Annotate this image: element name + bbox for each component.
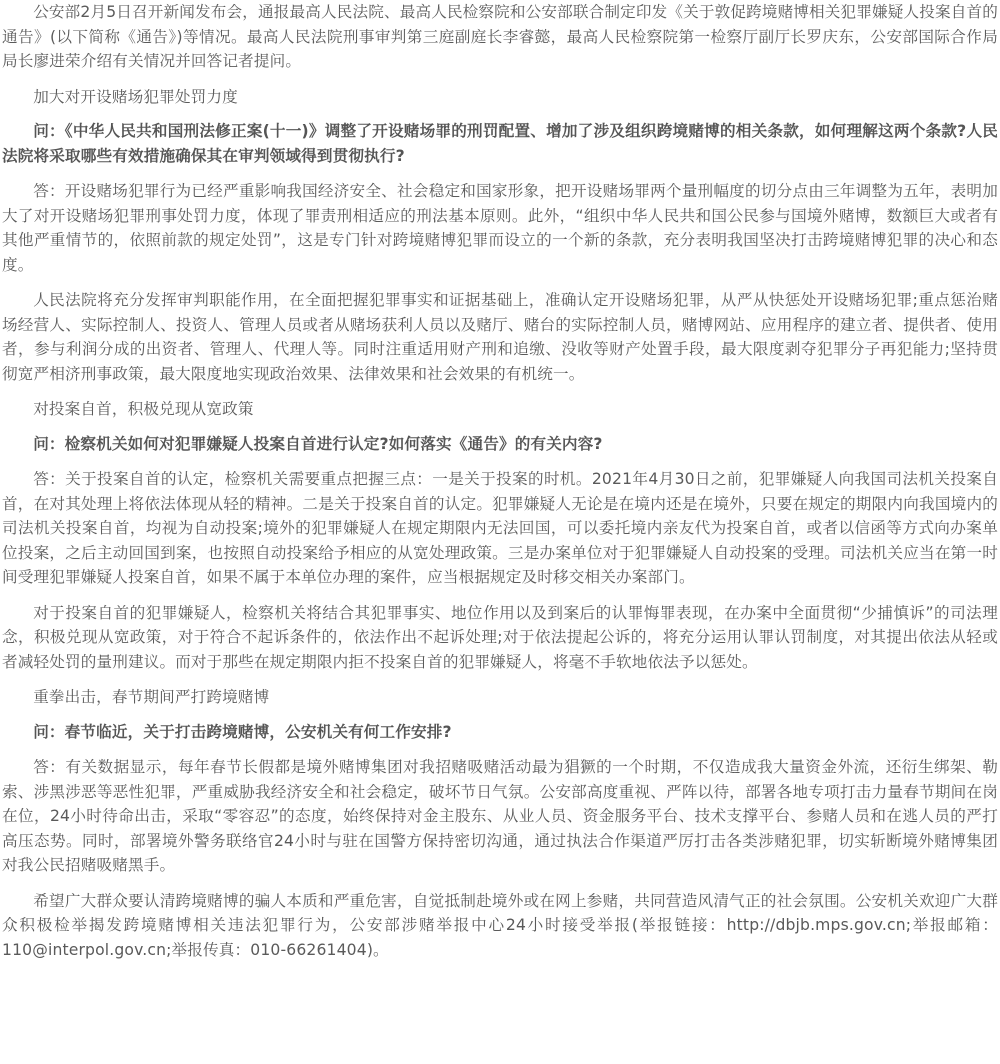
- answer-paragraph: 答：开设赌场犯罪行为已经严重影响我国经济安全、社会稳定和国家形象，把开设赌场罪两…: [2, 179, 998, 277]
- answer-paragraph: 人民法院将充分发挥审判职能作用，在全面把握犯罪事实和证据基础上，准确认定开设赌场…: [2, 288, 998, 386]
- section-heading: 对投案自首，积极兑现从宽政策: [2, 397, 998, 422]
- closing-paragraph: 希望广大群众要认清跨境赌博的骗人本质和严重危害，自觉抵制赴境外或在网上参赌，共同…: [2, 889, 998, 963]
- section-surrender-leniency: 对投案自首，积极兑现从宽政策 问：检察机关如何对犯罪嫌疑人投案自首进行认定?如何…: [2, 397, 998, 674]
- section-heading: 加大对开设赌场犯罪处罚力度: [2, 85, 998, 110]
- article-body: 公安部2月5日召开新闻发布会，通报最高人民法院、最高人民检察院和公安部联合制定印…: [0, 0, 1000, 962]
- section-heading: 重拳出击，春节期间严打跨境赌博: [2, 685, 998, 710]
- answer-paragraph: 答：有关数据显示，每年春节长假都是境外赌博集团对我招赌吸赌活动最为猖獗的一个时期…: [2, 755, 998, 878]
- section-gambling-penalty: 加大对开设赌场犯罪处罚力度 问：《中华人民共和国刑法修正案(十一)》调整了开设赌…: [2, 85, 998, 387]
- answer-paragraph: 答：关于投案自首的认定，检察机关需要重点把握三点：一是关于投案的时机。2021年…: [2, 467, 998, 590]
- question-paragraph: 问：检察机关如何对犯罪嫌疑人投案自首进行认定?如何落实《通告》的有关内容?: [2, 432, 998, 457]
- question-paragraph: 问：春节临近，关于打击跨境赌博，公安机关有何工作安排?: [2, 720, 998, 745]
- answer-paragraph: 对于投案自首的犯罪嫌疑人，检察机关将结合其犯罪事实、地位作用以及到案后的认罪悔罪…: [2, 601, 998, 675]
- question-paragraph: 问：《中华人民共和国刑法修正案(十一)》调整了开设赌场罪的刑罚配置、增加了涉及组…: [2, 119, 998, 168]
- section-spring-festival-crackdown: 重拳出击，春节期间严打跨境赌博 问：春节临近，关于打击跨境赌博，公安机关有何工作…: [2, 685, 998, 962]
- intro-paragraph: 公安部2月5日召开新闻发布会，通报最高人民法院、最高人民检察院和公安部联合制定印…: [2, 0, 998, 74]
